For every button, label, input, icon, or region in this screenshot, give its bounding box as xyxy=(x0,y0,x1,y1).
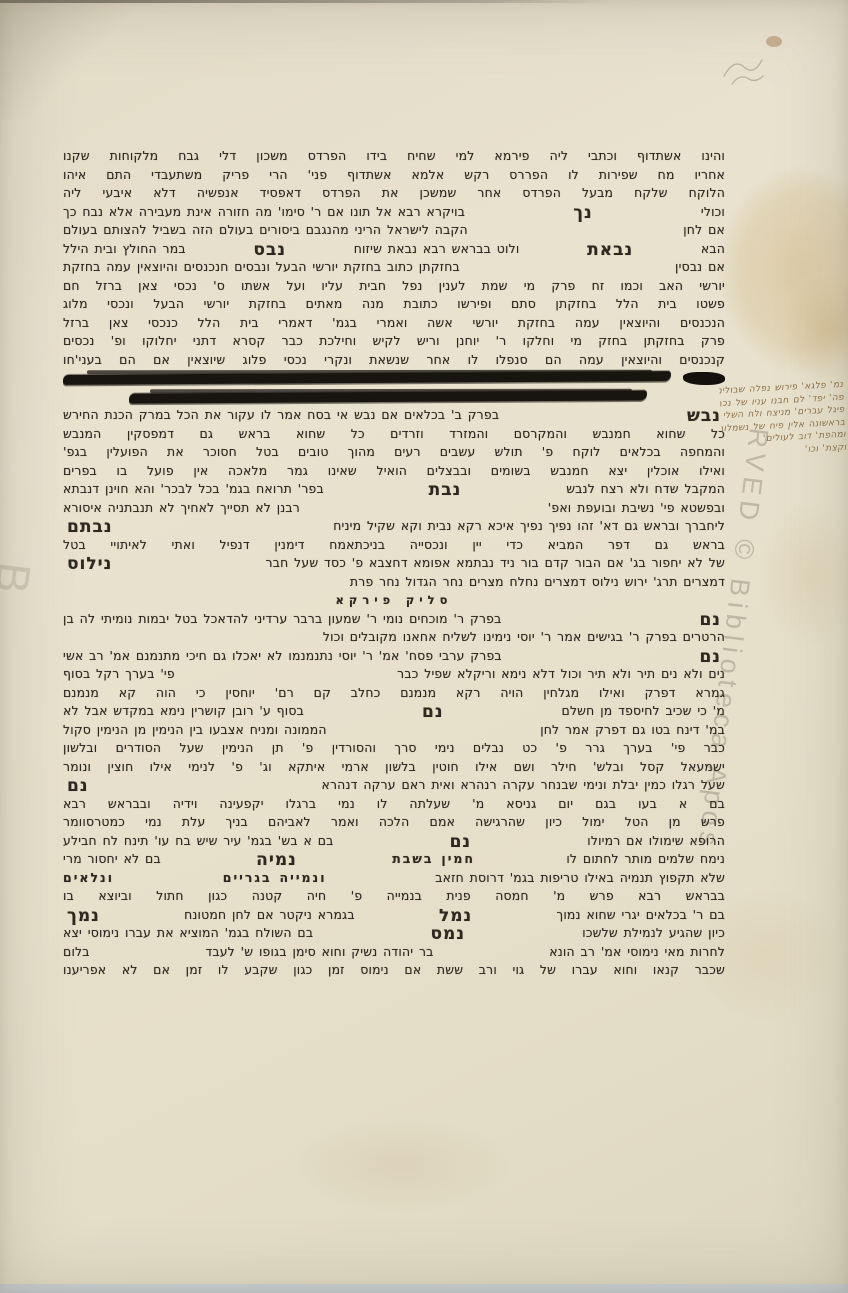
text-line: פרק בחזקתן בחזק מי וחלקו ר' יוחנן וריש ל… xyxy=(63,332,725,351)
text-line: דמצרים תרג' ירוש נילוס דמצרים נחלח מצרים… xyxy=(63,573,725,592)
text-line: נימח שלמים מותר לחתום לוחמין בשבתנמיהבם … xyxy=(63,850,725,869)
text-line: נבשבפרק ב' בכלאים אם נבש אי בסח אמר לו ע… xyxy=(63,406,725,425)
entry-headword: נם xyxy=(63,777,93,796)
text-line: של לא יחפור בג' אם הבור קדם בור ניד נבתמ… xyxy=(63,554,725,573)
text-line: והמחפה בכלאים לוקח פ' תולש עשבים רעים מה… xyxy=(63,443,725,462)
entry-headword: נבתם xyxy=(63,518,117,537)
entry-headword: נמיה xyxy=(252,851,301,870)
entry-headword: נם xyxy=(695,648,725,667)
text-segment: הלוקח שלקח מבעל הפרדס אחר שמשכן את הפרדס… xyxy=(63,185,725,200)
text-segment: בחזקתן כתוב בחזקת יורשי הבעל ונבסים חנכנ… xyxy=(63,258,460,277)
spacer xyxy=(653,396,725,397)
text-segment: שכבר קנאו וחוא עברו של גוי ורב ששת אם ני… xyxy=(63,962,725,977)
page-corner-fold xyxy=(0,0,150,120)
text-line: שכבר קנאו וחוא עברו של גוי ורב ששת אם ני… xyxy=(63,961,725,980)
text-line: אם נבסיןבחזקתן כתוב בחזקת יורשי הבעל ונב… xyxy=(63,258,725,277)
text-line: בראש גם דפר המביא כדי יין ונכסייה בניכתא… xyxy=(63,536,725,555)
scanned-page: RVED © Biblioteca Apos B והינו אשתדוף וכ… xyxy=(0,0,848,1293)
censored-headword-blob xyxy=(683,372,725,385)
text-line: שעל רגלו כמין יבלת ונימי שבנחר עקרה רנהר… xyxy=(63,776,725,795)
text-segment: נימח שלמים מותר לחתום לו xyxy=(566,850,725,869)
entry-headword: נם xyxy=(695,611,725,630)
text-segment: בפרק ערבי פסח' אמ' ר' יוסי נתנמנמו לא יא… xyxy=(63,647,502,666)
text-line xyxy=(63,369,725,388)
text-line: וכולינךבויקרא רבא אל תונו אם ר' סימו' מה… xyxy=(63,203,725,222)
text-segment: המקבל שדח ולא רצח לנבש xyxy=(566,480,725,499)
entry-headword: נבס xyxy=(249,241,290,260)
text-line: פשטו בית הלל בחזקתן סתם ופירשו כתובת מנה… xyxy=(63,295,725,314)
text-segment: גמרא דפרק ואילו מגלחין הויה רקא מנמנם כח… xyxy=(63,685,725,700)
text-segment: ואילו אוכלין יצא חמנבש בשומים ובבצלים הו… xyxy=(63,463,725,478)
text-line: בבראש רבא פרש מ' חמסה פנית בנמייה פ' חיה… xyxy=(63,887,725,906)
text-segment: אם נבסין xyxy=(675,258,725,277)
text-line: שלא תקפוץ תנמיה באילו טריפות בגמ' דרוסת … xyxy=(63,869,725,888)
entry-headword: נם xyxy=(418,703,448,722)
text-segment: במ' דינח בטו גם דפרק אמר לחן xyxy=(540,721,725,740)
text-segment: כל שחוא חמנבש והמקרסם והמזרד וזרדים כל ש… xyxy=(63,426,725,441)
text-segment: בפרק ב' בכלאים אם נבש אי בסח אמר לו עקור… xyxy=(63,406,499,425)
text-segment: ובפשטא פי' נשיבת ובועפת ואפ' xyxy=(548,499,725,518)
paper-stain xyxy=(735,470,848,680)
text-line xyxy=(63,388,725,407)
pencil-scribble xyxy=(718,44,780,92)
text-line: הבאנבאתולוט בבראש רבא נבאת שיזוחנבסבמר ה… xyxy=(63,240,725,259)
text-line: כל שחוא חמנבש והמקרסם והמזרד וזרדים כל ש… xyxy=(63,425,725,444)
text-line: קנכנסים והיוצאין עמה הם סנפלו לו אחר שנש… xyxy=(63,351,725,370)
text-line: ובפשטא פי' נשיבת ובועפת ואפ'רבנן לא תסיי… xyxy=(63,499,725,518)
text-segment: בר יהודה נשיק וחוא סימן בגופו ש' לעבד xyxy=(205,943,433,962)
text-line: נםבפרק ערבי פסח' אמ' ר' יוסי נתנמנמו לא … xyxy=(63,647,725,666)
text-segment: בפר' תרואח בגמ' בכל לבכר' והא חוינן דנבת… xyxy=(63,480,324,499)
text-line: הרטרים בפרק ר' בגישים אמר ר' יוסי נימינו… xyxy=(63,628,725,647)
entry-headword: נמך xyxy=(63,907,104,926)
text-line: אחריו מח שפירות לו הפררס רקש אלמא אשתדוף… xyxy=(63,166,725,185)
text-line: פרש מן הטל ימול כיון שהרגישה אמם הלכה וא… xyxy=(63,813,725,832)
text-line: נים ולא נים תיר ולא תיר וכול דלא נימא ור… xyxy=(63,665,725,684)
text-segment: שעל רגלו כמין יבלת ונימי שבנחר עקרה רנהר… xyxy=(321,776,725,795)
text-segment: רבנן לא תסייך לאחיך לא תנבתניה איסורא xyxy=(63,499,300,518)
censorship-bar xyxy=(63,371,671,385)
scanner-bed-strip xyxy=(0,1284,848,1293)
text-segment: קנכנסים והיוצאין עמה הם סנפלו לו אחר שנש… xyxy=(63,352,725,367)
text-segment: הרופא שימולו אם רמיולו xyxy=(587,832,725,851)
paper-stain xyxy=(250,1100,550,1230)
text-segment: סליק פירקא xyxy=(336,593,453,607)
text-segment: בבראש רבא פרש מ' חמסה פנית בנמייה פ' חיה… xyxy=(63,888,725,903)
text-segment: יורשי האב וכמו זח פרק מי שמת לענין נפל ח… xyxy=(63,278,725,293)
text-segment: בסוף ע' רובן קושרין נימא במקדש אבל לא xyxy=(63,702,304,721)
spacer xyxy=(63,396,123,397)
entry-headword: נבת xyxy=(425,481,466,500)
text-segment: במר החולץ ובית הילל xyxy=(63,240,186,259)
text-line: הנכנסים והיוצאין עמה בחזקת יורשי אשה ואמ… xyxy=(63,314,725,333)
text-segment: מ' כי שכיב לחיספד מן חשלם xyxy=(562,702,725,721)
entry-headword: נם xyxy=(446,833,476,852)
text-segment: של לא יחפור בג' אם הבור קדם בור ניד נבתמ… xyxy=(266,554,725,573)
text-segment: אחריו מח שפירות לו הפררס רקש אלמא אשתדוף… xyxy=(63,167,725,182)
text-line: במ' דינח בטו גם דפרק אמר לחןהממונה ומניח… xyxy=(63,721,725,740)
text-line: מ' כי שכיב לחיספד מן חשלםנםבסוף ע' רובן … xyxy=(63,702,725,721)
text-segment: הנכנסים והיוצאין עמה בחזקת יורשי אשה ואמ… xyxy=(63,315,725,330)
text-line: ליחברך ובראש גם דא' זהו נפיך נפיך איכא ר… xyxy=(63,517,725,536)
text-line: בם ר' בכלאים יגרי שחוא נמוךנמלבגמרא ניקט… xyxy=(63,906,725,925)
text-line: כבר פי' בערך גרר פ' כט נבלים נימי סרך וה… xyxy=(63,739,725,758)
entry-headword: נבאת xyxy=(583,241,637,260)
text-segment: הקבה לישראל הריני מהנגבם ביסורים בעולם ה… xyxy=(63,221,468,240)
text-segment: פרק בחזקתן בחזק מי וחלקו ר' יוחנן וריש ל… xyxy=(63,333,725,348)
text-segment: שלא תקפוץ תנמיה באילו טריפות בגמ' דרוסת … xyxy=(435,869,725,888)
text-segment: דמצרים תרג' ירוש נילוס דמצרים נחלח מצרים… xyxy=(350,573,725,592)
text-segment: בם ר' בכלאים יגרי שחוא נמוך xyxy=(557,906,726,925)
text-segment: כבר פי' בערך גרר פ' כט נבלים נימי סרך וה… xyxy=(63,740,725,755)
text-segment: ונלאים xyxy=(63,869,114,888)
text-segment: נים ולא נים תיר ולא תיר וכול דלא נימא ור… xyxy=(397,665,725,684)
watermark-left-fragment: B xyxy=(0,559,42,604)
text-line: הלוקח שלקח מבעל הפרדס אחר שמשכן את הפרדס… xyxy=(63,184,725,203)
text-segment: בם א בעו בגם יום גניסא מ' שעלתה לו נמי ב… xyxy=(63,796,725,811)
text-segment: בגמרא ניקטר אם לחן חמטונח xyxy=(184,906,355,925)
text-line: ישמעאל קסל ובלש' חילר ושם אילו חוטין בלש… xyxy=(63,758,725,777)
text-line: סליק פירקא xyxy=(63,591,725,610)
text-segment: לחרות מאי נימוסי אמ' רב הונא xyxy=(549,943,725,962)
text-line: ואילו אוכלין יצא חמנבש בשומים ובבצלים הו… xyxy=(63,462,725,481)
entry-headword: נמל xyxy=(435,907,476,926)
entry-headword: נמס xyxy=(426,925,469,944)
text-segment: פרש מן הטל ימול כיון שהרגישה אמם הלכה וא… xyxy=(63,814,725,829)
text-line: בם א בעו בגם יום גניסא מ' שעלתה לו נמי ב… xyxy=(63,795,725,814)
text-segment: הרטרים בפרק ר' בגישים אמר ר' יוסי נימינו… xyxy=(323,628,725,647)
text-line: והינו אשתדוף וכתבי ליה פירמא למי שחיח בי… xyxy=(63,147,725,166)
text-line: יורשי האב וכמו זח פרק מי שמת לענין נפל ח… xyxy=(63,277,725,296)
text-segment: בראש גם דפר המביא כדי יין ונכסייה בניכתא… xyxy=(63,537,725,552)
handwritten-marginalia: נמ' פלגא' פירוש נפלה שבולים שבנופה' יפד'… xyxy=(719,379,847,460)
entry-headword: נילוס xyxy=(63,555,116,574)
text-line: אם לחןהקבה לישראל הריני מהנגבם ביסורים ב… xyxy=(63,221,725,240)
text-segment: ולוט בבראש רבא נבאת שיזוח xyxy=(354,240,520,259)
printed-text-block: והינו אשתדוף וכתבי ליה פירמא למי שחיח בי… xyxy=(63,147,725,980)
text-line: המקבל שדח ולא רצח לנבשנבתבפר' תרואח בגמ'… xyxy=(63,480,725,499)
text-segment: בפרק ר' מוכחים נומי ר' שמעון ברבר ערדיני… xyxy=(63,610,501,629)
text-segment: בם א בש' בגמ' עיר שיש בח עו' תינח לח חבי… xyxy=(63,832,333,851)
text-segment: ונמייה בגריים xyxy=(223,869,327,888)
text-segment: בם השולח בגמ' המוציא את עברו נימוסי יצא xyxy=(63,924,313,943)
text-line: כיון שהגיע לנמילת שלשכונמסבם השולח בגמ' … xyxy=(63,924,725,943)
entry-headword: נבש xyxy=(683,407,725,426)
entry-headword: נך xyxy=(569,204,597,223)
text-line: נםבפרק ר' מוכחים נומי ר' שמעון ברבר ערדי… xyxy=(63,610,725,629)
text-line: לחרות מאי נימוסי אמ' רב הונאבר יהודה נשי… xyxy=(63,943,725,962)
text-segment: בויקרא רבא אל תונו אם ר' סימו' מה חזורה … xyxy=(63,203,465,222)
text-segment: בם לא יחסור מרי xyxy=(63,850,161,869)
text-line: הרופא שימולו אם רמיולונםבם א בש' בגמ' עי… xyxy=(63,832,725,851)
text-segment: אם לחן xyxy=(683,221,725,240)
text-segment: פי' בערך רקל בסוף xyxy=(63,665,175,684)
text-segment: בלום xyxy=(63,943,90,962)
text-segment: פשטו בית הלל בחזקתן סתם ופירשו כתובת מנה… xyxy=(63,296,725,311)
text-segment: והמחפה בכלאים לוקח פ' תולש עשבים רעים מה… xyxy=(63,444,725,459)
text-line: גמרא דפרק ואילו מגלחין הויה רקא מנמנם כח… xyxy=(63,684,725,703)
text-segment: ישמעאל קסל ובלש' חילר ושם אילו חוטין בלש… xyxy=(63,759,725,774)
text-segment: הממונה ומניח אצבעו בין הנימין מן הנימין … xyxy=(63,721,327,740)
text-segment: וכולי xyxy=(701,203,725,222)
text-segment: ליחברך ובראש גם דא' זהו נפיך נפיך איכא ר… xyxy=(333,517,725,536)
text-segment: חמין בשבת xyxy=(392,850,475,869)
text-segment: כיון שהגיע לנמילת שלשכו xyxy=(582,924,725,943)
text-segment: הבא xyxy=(701,240,725,259)
censorship-bar xyxy=(129,390,647,403)
text-segment: והינו אשתדוף וכתבי ליה פירמא למי שחיח בי… xyxy=(63,148,725,163)
